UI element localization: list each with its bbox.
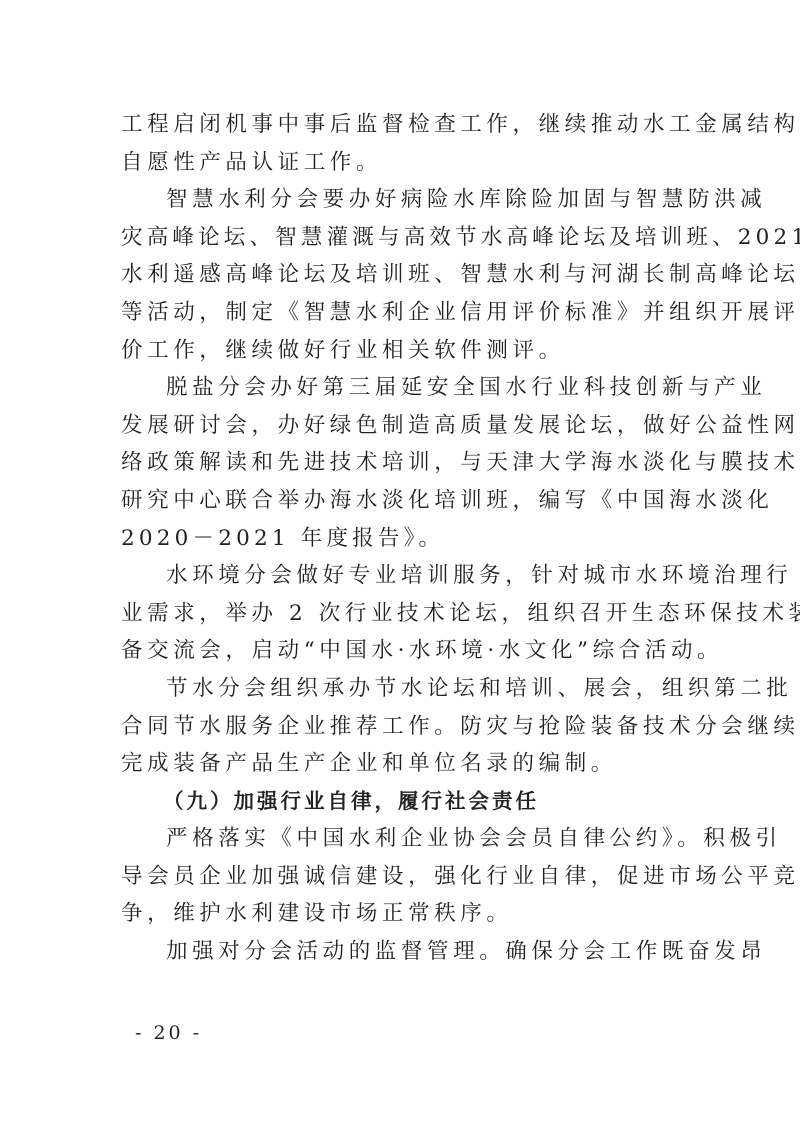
text-line: 价工作，继续做好行业相关软件测评。 (121, 332, 685, 370)
text-line: 络政策解读和先进技术培训，与天津大学海水淡化与膜技术 (121, 444, 685, 482)
text-line: 备交流会，启动“中国水·水环境·水文化”综合活动。 (121, 632, 685, 670)
paragraph-start-water-saving: 节水分会组织承办节水论坛和培训、展会，组织第二批 (121, 670, 685, 708)
page-number: - 20 - (135, 1022, 202, 1044)
text-line: 发展研讨会，办好绿色制造高质量发展论坛，做好公益性网 (121, 407, 685, 445)
text-line: 研究中心联合举办海水淡化培训班，编写《中国海水淡化 (121, 482, 685, 520)
paragraph-start-smart-water: 智慧水利分会要办好病险水库除险加固与智慧防洪减 (121, 181, 685, 219)
text-line: 工程启闭机事中事后监督检查工作，继续推动水工金属结构 (121, 106, 685, 144)
paragraph-start-water-environment: 水环境分会做好专业培训服务，针对城市水环境治理行 (121, 557, 685, 595)
paragraph-start-self-discipline: 严格落实《中国水利企业协会会员自律公约》。积极引 (121, 820, 685, 858)
text-line: 自愿性产品认证工作。 (121, 144, 685, 182)
text-line: 等活动，制定《智慧水利企业信用评价标准》并组织开展评 (121, 294, 685, 332)
text-line: 灾高峰论坛、智慧灌溉与高效节水高峰论坛及培训班、2021 (121, 219, 685, 257)
text-line: 导会员企业加强诚信建设，强化行业自律，促进市场公平竞 (121, 858, 685, 896)
text-line: 完成装备产品生产企业和单位名录的编制。 (121, 745, 685, 783)
document-body: 工程启闭机事中事后监督检查工作，继续推动水工金属结构 自愿性产品认证工作。 智慧… (121, 106, 685, 971)
section-heading: （九）加强行业自律，履行社会责任 (121, 783, 685, 821)
text-line: 业需求，举办 2 次行业技术论坛，组织召开生态环保技术装 (121, 595, 685, 633)
paragraph-start-supervision: 加强对分会活动的监督管理。确保分会工作既奋发昂 (121, 933, 685, 971)
text-line: 水利遥感高峰论坛及培训班、智慧水利与河湖长制高峰论坛 (121, 256, 685, 294)
text-line: 2020－2021 年度报告》。 (121, 520, 685, 558)
paragraph-start-desalination: 脱盐分会办好第三届延安全国水行业科技创新与产业 (121, 369, 685, 407)
text-line: 争，维护水利建设市场正常秩序。 (121, 895, 685, 933)
text-line: 合同节水服务企业推荐工作。防灾与抢险装备技术分会继续 (121, 708, 685, 746)
